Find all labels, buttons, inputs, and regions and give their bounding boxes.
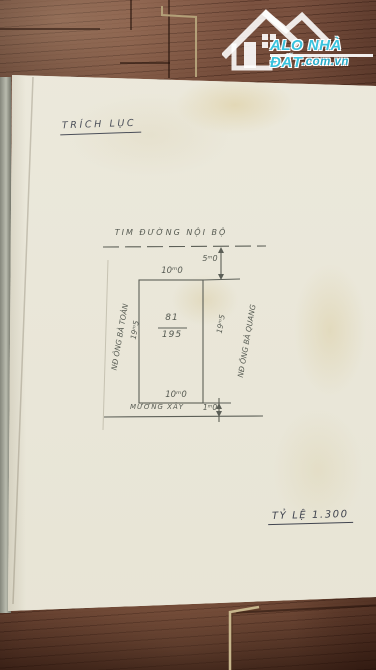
paper-crease bbox=[13, 77, 33, 604]
photo-of-land-document: { "watermark": { "brand_name": "ALO NHÀ … bbox=[0, 0, 376, 670]
back-dimension: 10ᵐ0 bbox=[165, 391, 187, 400]
road-centerline bbox=[103, 246, 266, 247]
parcel-area: 195 bbox=[162, 331, 182, 340]
paper-clip-wire-bottom bbox=[230, 607, 259, 670]
arrowhead bbox=[218, 247, 224, 253]
document-title: TRÍCH LỤC bbox=[60, 119, 142, 135]
scale-label: TỶ LỆ 1.300 bbox=[268, 510, 353, 525]
diagram-line-art bbox=[0, 0, 376, 670]
brand-domain-text: .com.vn bbox=[302, 56, 349, 68]
setback-dimension: 5ᵐ0 bbox=[202, 255, 217, 263]
ditch-line bbox=[104, 416, 263, 417]
ditch-label: MƯƠNG XÂY bbox=[130, 404, 184, 411]
parcel-boundary bbox=[139, 280, 203, 403]
ditch-width-dimension: 1ᵐ0 bbox=[203, 404, 217, 412]
parcel-number: 81 bbox=[165, 314, 178, 323]
paper-clip-wire-shadow bbox=[232, 609, 261, 670]
paper-clip-wire-top bbox=[162, 6, 196, 77]
road-label: TIM ĐƯỜNG NỘI BỘ bbox=[115, 229, 228, 237]
extension-line-top bbox=[203, 279, 240, 280]
paper-crease bbox=[103, 260, 108, 430]
front-dimension: 10ᵐ0 bbox=[161, 267, 183, 276]
